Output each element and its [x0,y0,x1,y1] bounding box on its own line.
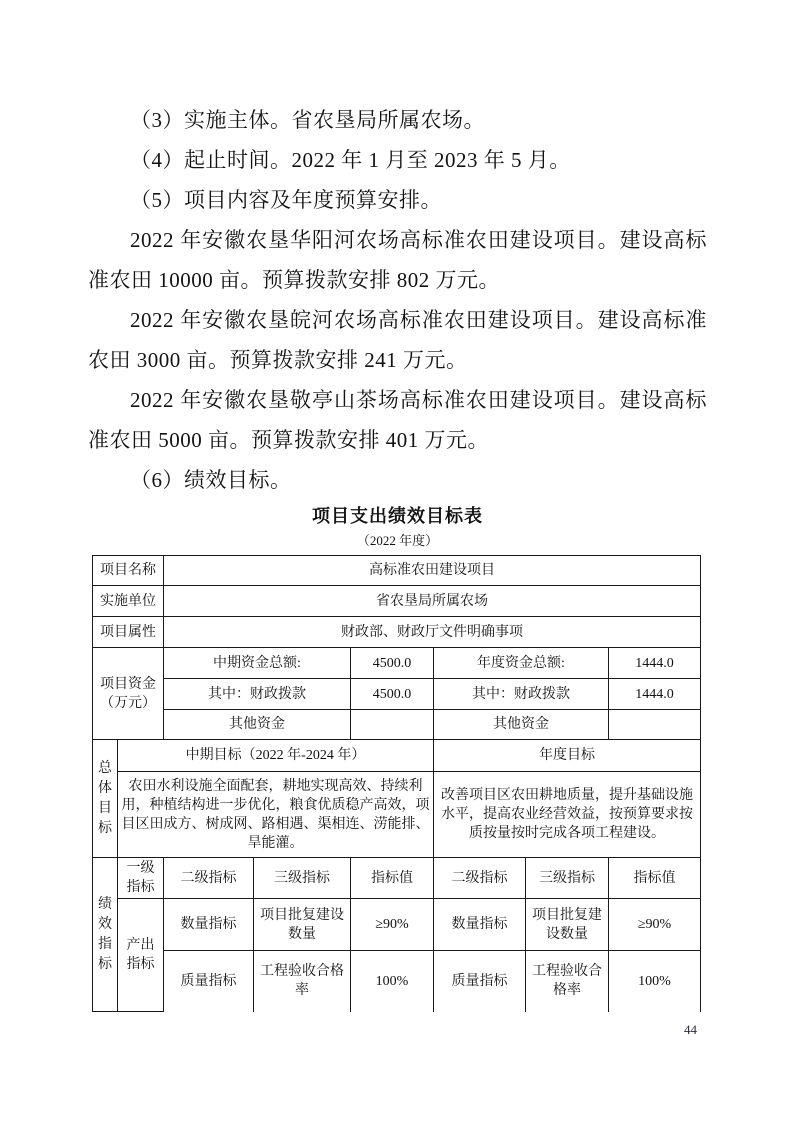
quality-level3-year: 工程验收合格率 [526,951,609,1012]
mid-other-label: 其他资金 [164,710,351,740]
quantity-level3-mid: 项目批复建设数量 [254,899,351,951]
project-name-value: 高标准农田建设项目 [164,556,701,586]
mid-total-label: 中期资金总额: [164,648,351,679]
row-indicator-quantity: 产出指标 数量指标 项目批复建设数量 ≥90% 数量指标 项目批复建设数量 ≥9… [93,899,701,951]
row-indicator-headers: 绩效指标 一级指标 二级指标 三级指标 指标值 二级指标 三级指标 指标值 [93,858,701,899]
paragraph-project-jingtingshan: 2022 年安徽农垦敬亭山茶场高标准农田建设项目。建设高标准农田 5000 亩。… [88,380,707,460]
quantity-level2-mid: 数量指标 [164,899,254,951]
year-goal-header: 年度目标 [434,740,701,772]
paragraph-project-huayanghe: 2022 年安徽农垦华阳河农场高标准农田建设项目。建设高标准农田 10000 亩… [88,220,707,300]
header-value-mid: 指标值 [351,858,434,899]
header-level3-mid: 三级指标 [254,858,351,899]
overall-goal-label: 总体目标 [93,740,118,858]
year-total-label: 年度资金总额: [434,648,609,679]
paragraph-performance-goal: （6）绩效目标。 [88,460,707,500]
paragraph-implementation-body: （3）实施主体。省农垦局所属农场。 [88,100,707,140]
mid-goal-header: 中期目标（2022 年-2024 年） [118,740,434,772]
quantity-value-mid: ≥90% [351,899,434,951]
unit-label: 实施单位 [93,586,164,617]
row-funds-other: 其他资金 其他资金 [93,710,701,740]
header-level1: 一级指标 [118,858,164,899]
mid-goal-text: 农田水利设施全面配套，耕地实现高效、持续利用，种植结构进一步优化，粮食优质稳产高… [118,772,434,858]
quality-value-mid: 100% [351,951,434,1012]
row-funds-fiscal: 其中：财政拨款 4500.0 其中：财政拨款 1444.0 [93,679,701,710]
mid-fiscal-label: 其中：财政拨款 [164,679,351,710]
year-fiscal-label: 其中：财政拨款 [434,679,609,710]
row-unit: 实施单位 省农垦局所属农场 [93,586,701,617]
performance-target-table: 项目名称 高标准农田建设项目 实施单位 省农垦局所属农场 项目属性 财政部、财政… [92,555,701,1012]
table-subtitle: （2022 年度） [88,531,707,551]
year-other-label: 其他资金 [434,710,609,740]
quantity-level2-year: 数量指标 [434,899,526,951]
header-level2-mid: 二级指标 [164,858,254,899]
year-fiscal-value: 1444.0 [609,679,701,710]
page-content: （3）实施主体。省农垦局所属农场。 （4）起止时间。2022 年 1 月至 20… [88,100,707,1012]
mid-total-value: 4500.0 [351,648,434,679]
row-goal-texts: 农田水利设施全面配套，耕地实现高效、持续利用，种植结构进一步优化，粮食优质稳产高… [93,772,701,858]
paragraph-project-wanhe: 2022 年安徽农垦皖河农场高标准农田建设项目。建设高标准农田 3000 亩。预… [88,300,707,380]
output-indicator-label: 产出指标 [118,899,164,1012]
attribute-label: 项目属性 [93,617,164,648]
quality-level2-year: 质量指标 [434,951,526,1012]
year-other-value [609,710,701,740]
page-number: 44 [684,1022,697,1038]
row-project-name: 项目名称 高标准农田建设项目 [93,556,701,586]
quality-level2-mid: 质量指标 [164,951,254,1012]
unit-value: 省农垦局所属农场 [164,586,701,617]
project-name-label: 项目名称 [93,556,164,586]
indicators-label: 绩效指标 [93,858,118,1012]
document-page: （3）实施主体。省农垦局所属农场。 （4）起止时间。2022 年 1 月至 20… [0,0,794,1122]
row-goal-headers: 总体目标 中期目标（2022 年-2024 年） 年度目标 [93,740,701,772]
header-level3-year: 三级指标 [526,858,609,899]
funds-label: 项目资金（万元） [93,648,164,740]
mid-other-value [351,710,434,740]
year-goal-text: 改善项目区农田耕地质量，提升基础设施水平，提高农业经营效益，按预算要求按质按量按… [434,772,701,858]
quality-level3-mid: 工程验收合格率 [254,951,351,1012]
paragraph-time-range: （4）起止时间。2022 年 1 月至 2023 年 5 月。 [88,140,707,180]
header-level2-year: 二级指标 [434,858,526,899]
row-attribute: 项目属性 财政部、财政厅文件明确事项 [93,617,701,648]
attribute-value: 财政部、财政厅文件明确事项 [164,617,701,648]
quantity-value-year: ≥90% [609,899,701,951]
header-value-year: 指标值 [609,858,701,899]
row-funds-total: 项目资金（万元） 中期资金总额: 4500.0 年度资金总额: 1444.0 [93,648,701,679]
paragraph-content-budget: （5）项目内容及年度预算安排。 [88,180,707,220]
year-total-value: 1444.0 [609,648,701,679]
mid-fiscal-value: 4500.0 [351,679,434,710]
quantity-level3-year: 项目批复建设数量 [526,899,609,951]
quality-value-year: 100% [609,951,701,1012]
row-indicator-quality: 质量指标 工程验收合格率 100% 质量指标 工程验收合格率 100% [93,951,701,1012]
table-title: 项目支出绩效目标表 [88,503,707,529]
